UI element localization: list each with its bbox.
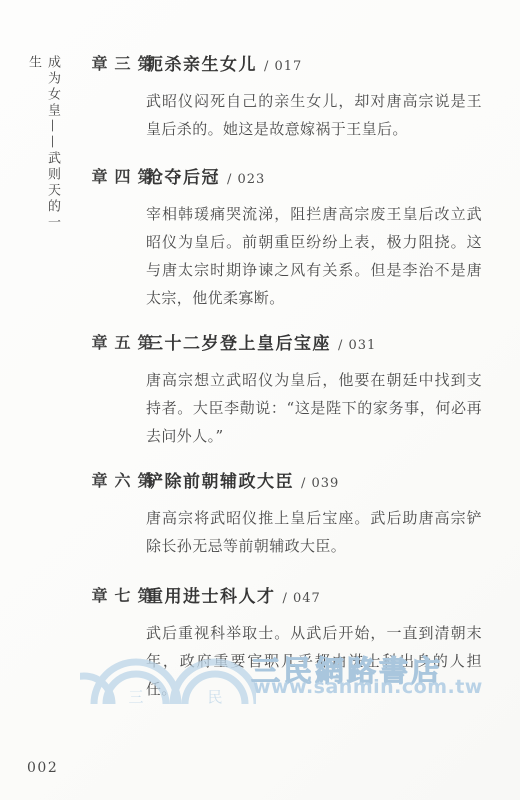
chapter-summary: 宰相韩瑗痛哭流涕，阻拦唐高宗废王皇后改立武昭仪为皇后。前朝重臣纷纷上表，极力阻挠… [146, 200, 482, 312]
chapter-title-text: 抢夺后冠 [146, 168, 220, 188]
chapter-title-text: 三十二岁登上皇后宝座 [146, 334, 331, 354]
chapter-title: 扼杀亲生女儿/ 017 [146, 50, 482, 75]
chapter-title-text: 重用进士科人才 [146, 587, 276, 607]
chapter-summary: 唐高宗将武昭仪推上皇后宝座。武后助唐高宗铲除长孙无忌等前朝辅政大臣。 [146, 504, 482, 560]
chapter-content: 重用进士科人才/ 047 武后重视科举取士。从武后开始，一直到清朝末年，政府重要… [146, 582, 482, 703]
chapter-page-ref: / 039 [301, 476, 339, 491]
chapter-title: 铲除前朝辅政大臣/ 039 [146, 467, 482, 492]
chapter-summary: 武昭仪闷死自己的亲生女儿，却对唐高宗说是王皇后杀的。她这是故意嫁祸于王皇后。 [146, 87, 482, 143]
chapter-page-ref: / 017 [264, 59, 302, 74]
book-title-vertical: 成为女皇——武则天的一生 [24, 55, 62, 245]
page-number: 002 [27, 760, 58, 776]
chapter-page-ref: / 047 [283, 591, 321, 606]
chapter-content: 铲除前朝辅政大臣/ 039 唐高宗将武昭仪推上皇后宝座。武后助唐高宗铲除长孙无忌… [146, 467, 482, 560]
toc-page: 成为女皇——武则天的一生 第三章 扼杀亲生女儿/ 017 武昭仪闷死自己的亲生女… [0, 0, 520, 800]
chapter-title-text: 铲除前朝辅政大臣 [146, 472, 294, 492]
sanmin-logo-char-left: 三 [128, 688, 143, 705]
chapter-title: 抢夺后冠/ 023 [146, 163, 482, 188]
chapter-page-ref: / 031 [338, 338, 376, 353]
chapter-content: 三十二岁登上皇后宝座/ 031 唐高宗想立武昭仪为皇后，他要在朝廷中找到支持者。… [146, 329, 482, 450]
chapter-title: 重用进士科人才/ 047 [146, 582, 482, 607]
chapter-content: 抢夺后冠/ 023 宰相韩瑗痛哭流涕，阻拦唐高宗废王皇后改立武昭仪为皇后。前朝重… [146, 163, 482, 312]
chapter-summary: 唐高宗想立武昭仪为皇后，他要在朝廷中找到支持者。大臣李勣说：“这是陛下的家务事，… [146, 366, 482, 450]
chapter-title: 三十二岁登上皇后宝座/ 031 [146, 329, 482, 354]
chapter-page-ref: / 023 [227, 172, 265, 187]
chapter-title-text: 扼杀亲生女儿 [146, 55, 257, 75]
chapter-content: 扼杀亲生女儿/ 017 武昭仪闷死自己的亲生女儿，却对唐高宗说是王皇后杀的。她这… [146, 50, 482, 143]
chapter-summary: 武后重视科举取士。从武后开始，一直到清朝末年，政府重要官职几乎都由进士科出身的人… [146, 619, 482, 703]
